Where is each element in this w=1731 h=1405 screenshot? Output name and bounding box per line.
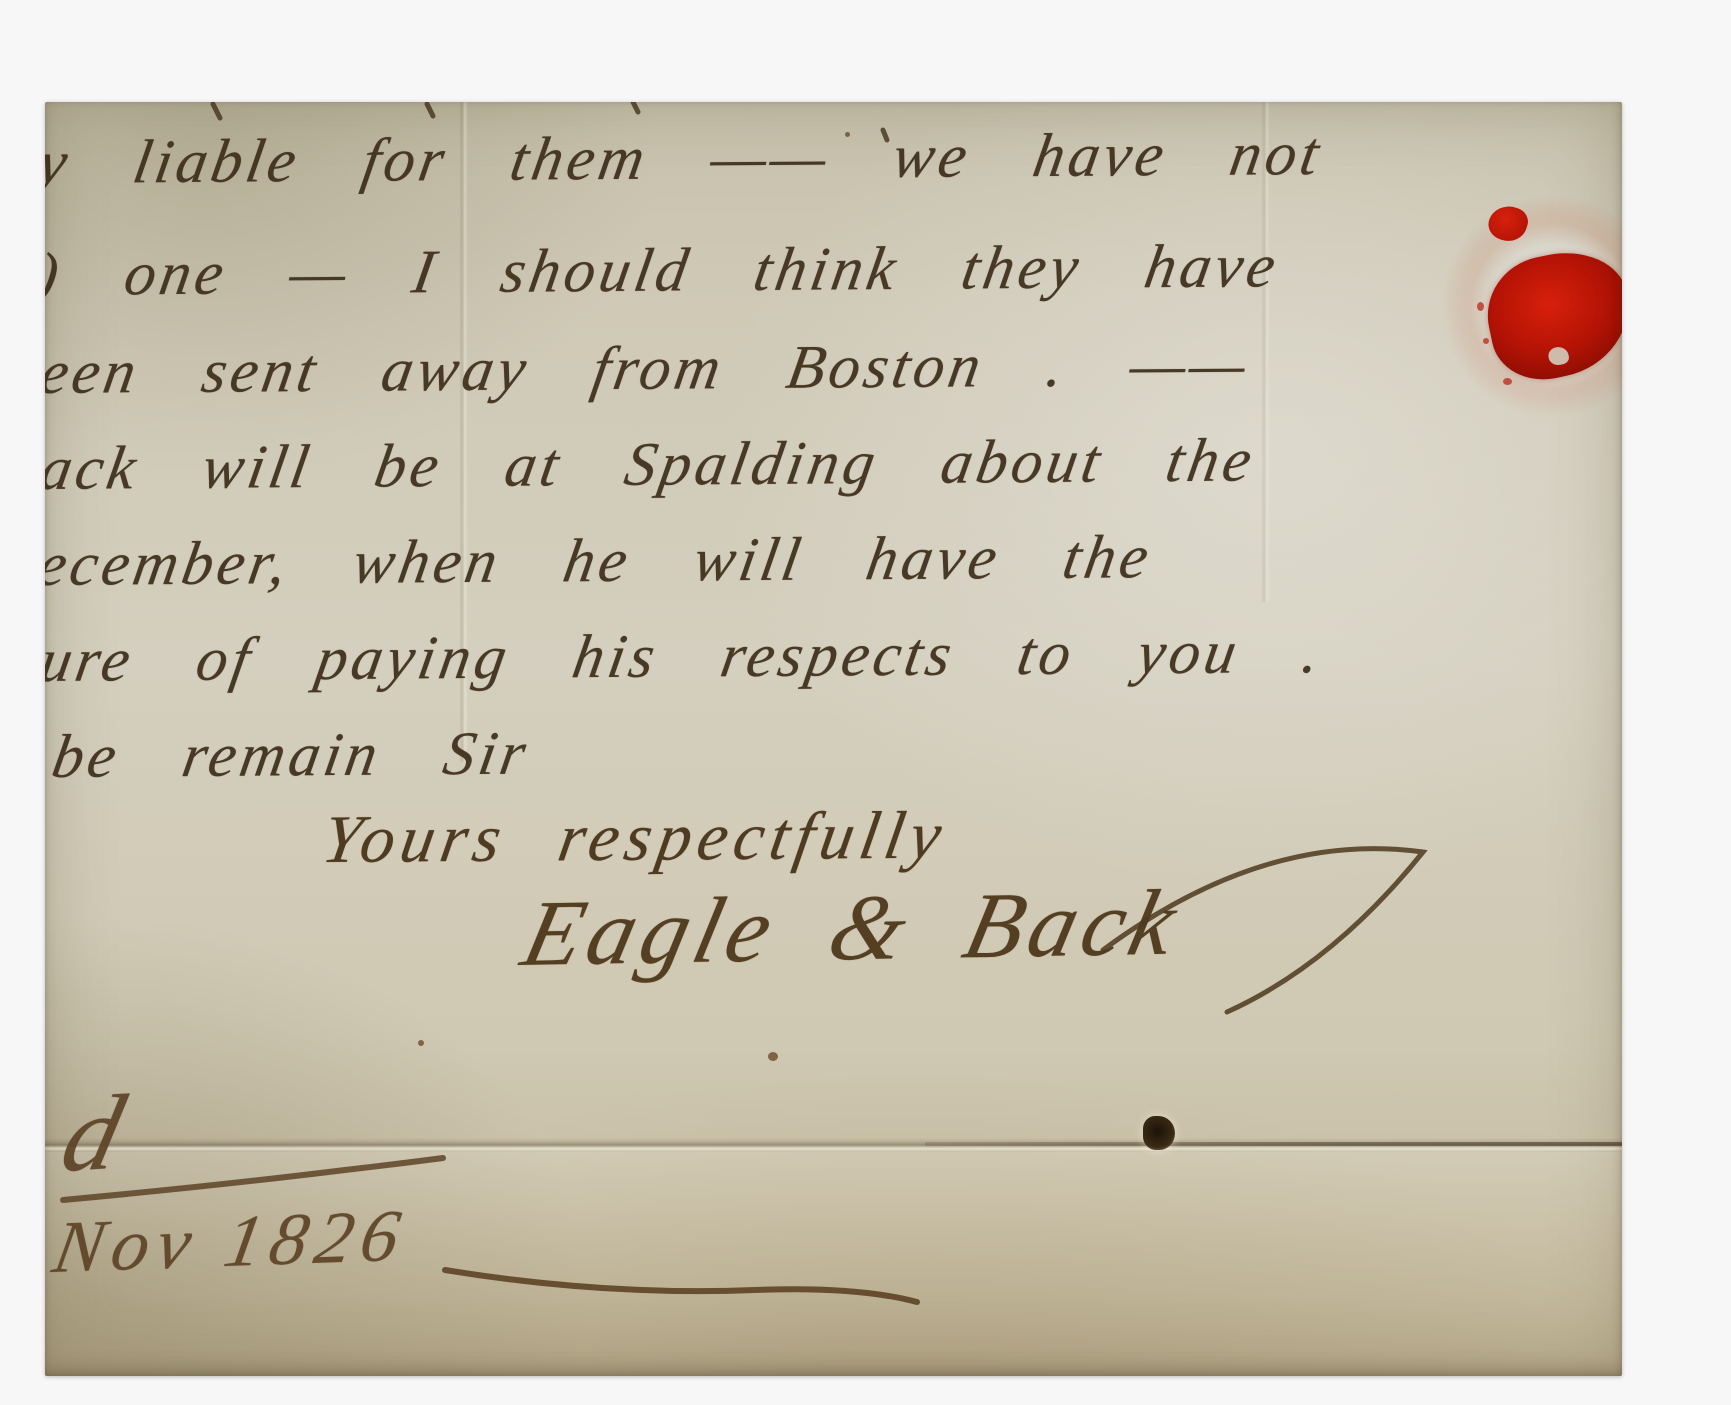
handwriting-line-3: een sent away from Boston . —— <box>45 330 1255 409</box>
handwriting-line-1: y liable for them —— we have not <box>45 119 1328 199</box>
handwriting-line-5: ecember, when he will have the <box>45 522 1158 601</box>
wax-speck <box>1477 302 1484 311</box>
ink-speck <box>845 132 850 137</box>
handwriting-line-6: ure of paying his respects to you . <box>45 617 1329 697</box>
handwriting-line-2: ) one — I should think they have <box>45 231 1285 311</box>
ink-speck <box>418 1040 424 1046</box>
fold-crease-horizontal <box>45 1138 1622 1152</box>
ink-speck <box>768 1052 778 1061</box>
photo-canvas: y liable for them —— we have not ) one —… <box>0 0 1731 1405</box>
closing-line: Yours respectfully <box>317 796 953 879</box>
signature: Eagle & Back <box>513 869 1192 988</box>
handwriting-line-7: be remain Sir <box>47 719 535 793</box>
letter-paper: y liable for them —— we have not ) one —… <box>45 102 1622 1376</box>
wax-speck <box>1503 378 1512 385</box>
paper-hole <box>1143 1116 1175 1150</box>
handwriting-line-4: ack will be at Spalding about the <box>45 426 1261 505</box>
date-line: Nov 1826 <box>47 1194 414 1291</box>
wax-speck <box>1483 338 1489 344</box>
